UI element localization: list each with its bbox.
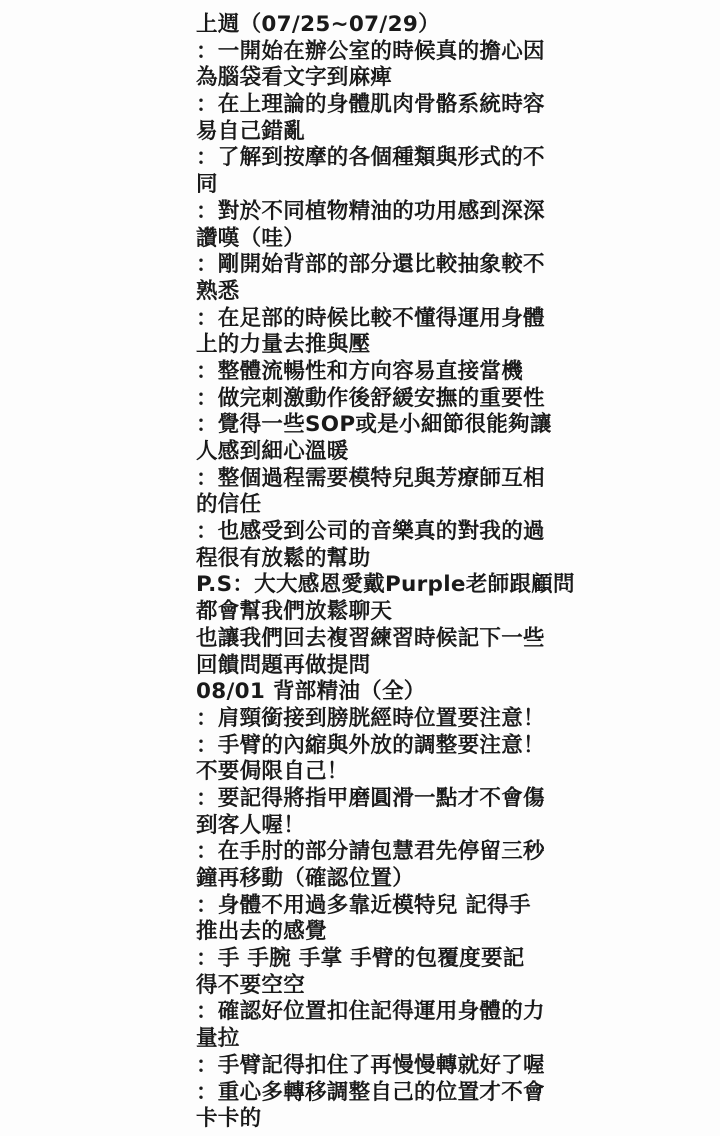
- text-line: 08/01 背部精油（全）: [196, 679, 706, 706]
- text-line: 都會幫我們放鬆聊天: [196, 599, 706, 626]
- text-line: ：身體不用過多靠近模特兒 記得手: [196, 893, 706, 920]
- text-line: ：整個過程需要模特兒與芳療師互相: [196, 466, 706, 493]
- text-line: ：手臂的內縮與外放的調整要注意！: [196, 733, 706, 760]
- text-line: ：在手肘的部分請包慧君先停留三秒: [196, 839, 706, 866]
- text-line: 易自己錯亂: [196, 119, 706, 146]
- text-line: ：要記得將指甲磨圓滑一點才不會傷: [196, 786, 706, 813]
- text-line: ：一開始在辦公室的時候真的擔心因: [196, 39, 706, 66]
- text-line: 上的力量去推與壓: [196, 332, 706, 359]
- text-line: P.S：大大感恩愛戴Purple老師跟顧問: [196, 572, 706, 599]
- text-line: ：確認好位置扣住記得運用身體的力: [196, 999, 706, 1026]
- text-line: ：做完刺激動作後舒緩安撫的重要性: [196, 386, 706, 413]
- text-line: ：在上理論的身體肌肉骨骼系統時容: [196, 92, 706, 119]
- text-line: ：在足部的時候比較不懂得運用身體: [196, 306, 706, 333]
- notes-text-block: 上週（07/25~07/29）：一開始在辦公室的時候真的擔心因為腦袋看文字到麻痺…: [196, 12, 706, 1133]
- text-line: ：也感受到公司的音樂真的對我的過: [196, 519, 706, 546]
- text-line: 讚嘆（哇）: [196, 226, 706, 253]
- text-line: ：手 手腕 手掌 手臂的包覆度要記: [196, 946, 706, 973]
- text-line: 不要侷限自己！: [196, 759, 706, 786]
- text-line: ：整體流暢性和方向容易直接當機: [196, 359, 706, 386]
- text-line: ：剛開始背部的部分還比較抽象較不: [196, 252, 706, 279]
- text-line: 推出去的感覺: [196, 919, 706, 946]
- text-line: 回饋問題再做提問: [196, 653, 706, 680]
- text-line: 鐘再移動（確認位置）: [196, 866, 706, 893]
- text-line: 也讓我們回去複習練習時候記下一些: [196, 626, 706, 653]
- text-line: 上週（07/25~07/29）: [196, 12, 706, 39]
- text-line: ：對於不同植物精油的功用感到深深: [196, 199, 706, 226]
- text-line: 人感到細心溫暖: [196, 439, 706, 466]
- text-line: 熟悉: [196, 279, 706, 306]
- text-line: ：了解到按摩的各個種類與形式的不: [196, 145, 706, 172]
- text-line: 量拉: [196, 1026, 706, 1053]
- notes-document-page: 上週（07/25~07/29）：一開始在辦公室的時候真的擔心因為腦袋看文字到麻痺…: [0, 0, 720, 1136]
- text-line: 到客人喔！: [196, 813, 706, 840]
- text-line: ：手臂記得扣住了再慢慢轉就好了喔: [196, 1053, 706, 1080]
- text-line: 卡卡的: [196, 1106, 706, 1133]
- text-line: 得不要空空: [196, 973, 706, 1000]
- text-line: 為腦袋看文字到麻痺: [196, 65, 706, 92]
- text-line: ：覺得一些SOP或是小細節很能夠讓: [196, 412, 706, 439]
- text-line: 同: [196, 172, 706, 199]
- text-line: 程很有放鬆的幫助: [196, 546, 706, 573]
- text-line: ：肩頸銜接到膀胱經時位置要注意！: [196, 706, 706, 733]
- text-line: 的信任: [196, 492, 706, 519]
- text-line: ：重心多轉移調整自己的位置才不會: [196, 1080, 706, 1107]
